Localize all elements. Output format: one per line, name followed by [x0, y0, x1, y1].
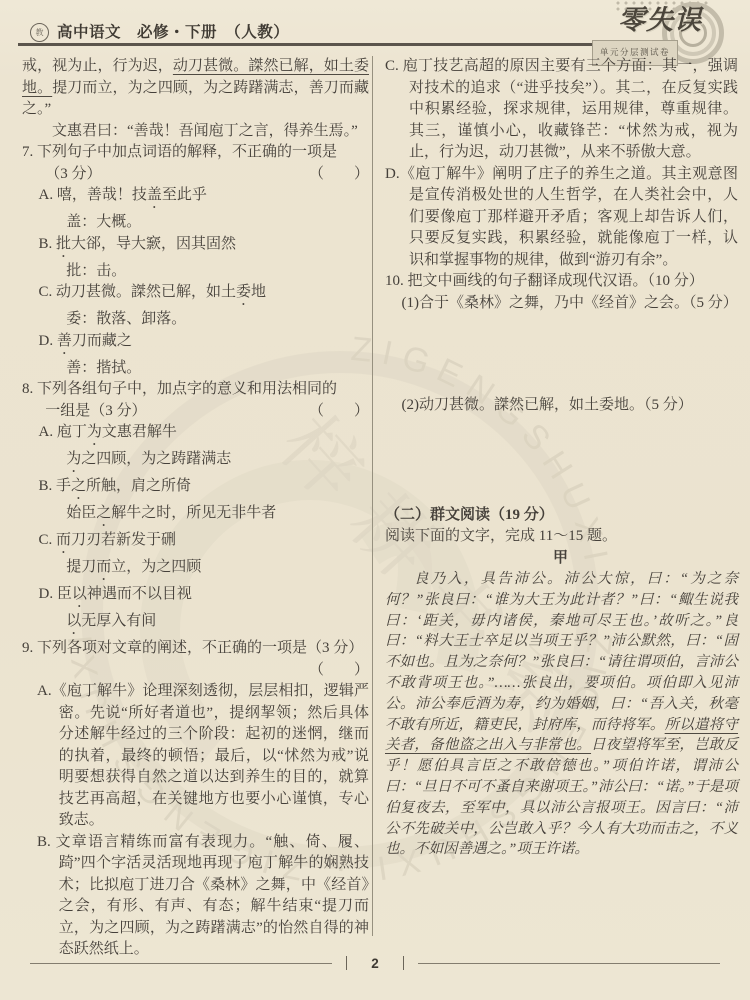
- option-line: D. 臣以神遇而不以目视: [22, 584, 369, 611]
- answer-bracket: （ ）: [309, 660, 369, 682]
- option-8b: B. 手之所触，肩之所倚 始臣之解牛之时，所见无非牛者: [22, 476, 369, 530]
- option-9a: A.《庖丁解牛》论理深刻透彻，层层相扣，逻辑严密。先说“所好者道也”，提纲挈领；…: [22, 681, 369, 832]
- option-7d: D. 善刀而藏之 善：揩拭。: [22, 331, 369, 380]
- option-text: 动刀甚微。謋然已解，如土: [56, 284, 236, 300]
- option-text: 始臣: [66, 505, 96, 521]
- option-label: C.: [39, 284, 53, 300]
- option-label: B.: [39, 236, 53, 252]
- passage-text: 良乃入，具告沛公。沛公大惊，曰：“为之奈何？”张良曰：“谁为大王为此计者？”曰：…: [385, 571, 738, 733]
- section-2-qunwen-yuedu: （二）群文阅读（19 分） 阅读下面的文字，完成 11～15 题。 甲 良乃入，…: [385, 505, 738, 861]
- section-2-heading: （二）群文阅读（19 分）: [385, 505, 738, 527]
- option-text: 地: [251, 284, 266, 300]
- page-number: 2: [361, 953, 389, 975]
- option-7a: A. 嘻，善哉！技盖至此乎 盖：大概。: [22, 185, 369, 234]
- book-title: 高中语文 必修・下册 （人教）: [57, 22, 289, 44]
- question-number: 8.: [22, 381, 33, 397]
- answer-space: [385, 417, 738, 505]
- answer-space: [385, 314, 738, 395]
- option-line: D. 善刀而藏之: [22, 331, 369, 358]
- question-10-stem: 10. 把文中画线的句子翻译成现代汉语。（10 分）: [385, 271, 738, 293]
- question-stem-text: 下列各组句子中，加点字的意义和用法相同的: [37, 381, 337, 397]
- passage-jia-label: 甲: [385, 548, 738, 570]
- dotted-char: 以: [72, 586, 87, 602]
- option-line: B. 手之所触，肩之所倚: [22, 476, 369, 503]
- dotted-char: 为: [87, 424, 102, 440]
- question-stem-text: 下列句子中加点词语的解释，不正确的一项是: [37, 144, 337, 160]
- option-text: 《庖丁解牛》论理深刻透彻，层层相扣，逻辑严密。先说“所好者道也”，提纲挈领；然后…: [52, 683, 369, 828]
- option-label: C.: [385, 58, 399, 74]
- option-line: C. 动刀甚微。謋然已解，如土委地: [22, 282, 369, 309]
- footer-rule-left: [30, 963, 332, 964]
- option-label: B.: [37, 834, 51, 850]
- passage-jia-text: 良乃入，具告沛公。沛公大惊，曰：“为之奈何？”张良曰：“谁为大王为此计者？”曰：…: [385, 569, 738, 860]
- option-9b: B. 文章语言精练而富有表现力。“触、倚、履、踦”四个字活灵活现地再现了庖丁解牛…: [22, 832, 369, 961]
- option-text: 神遇而不以目视: [87, 586, 192, 602]
- option-line: 提刀而立，为之四顾: [22, 557, 369, 584]
- dotted-char: 以: [66, 613, 81, 629]
- option-7c: C. 动刀甚微。謋然已解，如土委地 委：散落、卸落。: [22, 282, 369, 331]
- question-9-stem: 9. 下列各项对文章的阐述，不正确的一项是（3 分）: [22, 638, 369, 660]
- option-8d: D. 臣以神遇而不以目视 以无厚入有间: [22, 584, 369, 638]
- question-number: 10.: [385, 273, 404, 289]
- option-text: 之四顾，为之踌躇满志: [81, 451, 231, 467]
- footer-tick: [346, 956, 348, 970]
- option-9d: D.《庖丁解牛》阐明了庄子的养生之道。其主观意图是宣传消极处世的人生哲学，在人类…: [385, 164, 738, 272]
- option-label: A.: [39, 187, 54, 203]
- option-8c: C. 而刀刃若新发于硎 提刀而立，为之四顾: [22, 530, 369, 584]
- question-stem-text: 把文中画线的句子翻译成现代汉语。（10 分）: [408, 273, 704, 289]
- dotted-char: 善: [57, 333, 72, 349]
- question-9: 9. 下列各项对文章的阐述，不正确的一项是（3 分） （ ） A.《庖丁解牛》论…: [22, 638, 369, 961]
- option-text: 臣: [57, 586, 72, 602]
- left-column: 戒，视为止，行为迟，动刀甚微。謋然已解，如土委地。提刀而立，为之四顾，为之踌躇满…: [22, 56, 369, 961]
- option-text: 所触，肩之所倚: [86, 478, 191, 494]
- question-number: 7.: [22, 144, 33, 160]
- option-line: 以无厚入有间: [22, 611, 369, 638]
- option-text: 庖丁技艺高超的原因主要有三个方面：其一，强调对技术的追求（“进乎技矣”）。其二，…: [403, 58, 738, 160]
- page-footer: 2: [30, 953, 720, 975]
- column-divider: [372, 56, 373, 936]
- passage-continuation-line: 戒，视为止，行为迟，动刀甚微。謋然已解，如土委地。提刀而立，为之四顾，为之踌躇满…: [22, 56, 369, 121]
- footer-rule-right: [418, 963, 720, 964]
- option-text: 至此乎: [162, 187, 207, 203]
- passage-text: 日夜望将军至，岂敢反乎！愿伯具言臣之不敢倍德也。”项伯许诺，谓沛公曰：“旦日不可…: [385, 737, 738, 857]
- question-10-part1: (1)合于《桑林》之舞，乃中《经首》之会。（5 分）: [385, 293, 738, 315]
- passage-wenhuijun-line: 文惠君曰：“善哉！吾闻庖丁之言，得养生焉。”: [22, 121, 369, 143]
- dotted-char: 为: [66, 451, 81, 467]
- badge-title: 零失误: [618, 10, 702, 32]
- option-label: B.: [39, 478, 53, 494]
- dotted-char: 之: [96, 505, 111, 521]
- footer-tick: [403, 956, 405, 970]
- section-2-instruction: 阅读下面的文字，完成 11～15 题。: [385, 526, 738, 548]
- answer-bracket: （ ）: [309, 164, 369, 186]
- question-7: 7. 下列句子中加点词语的解释，不正确的一项是 （3 分） （ ） A. 嘻，善…: [22, 142, 369, 379]
- option-text: 无厚入有间: [81, 613, 156, 629]
- option-line: 始臣之解牛之时，所见无非牛者: [22, 503, 369, 530]
- option-line: A. 庖丁为文惠君解牛: [22, 422, 369, 449]
- option-text: 文章语言精练而富有表现力。“触、倚、履、踦”四个字活灵活现地再现了庖丁解牛的娴熟…: [56, 834, 369, 958]
- passage-text: 戒，视为止，行为迟，: [22, 58, 173, 74]
- option-text: 提刀: [66, 559, 96, 575]
- option-label: A.: [37, 683, 52, 699]
- option-text: 立，为之四顾: [111, 559, 201, 575]
- question-8-stem2: 一组是（3 分）: [22, 401, 147, 423]
- series-logo-icon: 教: [30, 23, 49, 42]
- option-text: 大郤，导大窾，因其固然: [71, 236, 236, 252]
- option-label: D.: [385, 166, 400, 182]
- question-8: 8. 下列各组句子中，加点字的意义和用法相同的 一组是（3 分） （ ） A. …: [22, 379, 369, 638]
- right-column: C. 庖丁技艺高超的原因主要有三个方面：其一，强调对技术的追求（“进乎技矣”）。…: [385, 56, 738, 860]
- option-label: A.: [39, 424, 54, 440]
- option-text: 文惠君解牛: [102, 424, 177, 440]
- option-line: B. 批大郤，导大窾，因其固然: [22, 234, 369, 261]
- option-gloss: 盖：大概。: [22, 212, 369, 234]
- option-line: C. 而刀刃若新发于硎: [22, 530, 369, 557]
- dotted-char: 委: [236, 284, 251, 300]
- option-text: 《庖丁解牛》阐明了庄子的养生之道。其主观意图是宣传消极处世的人生哲学，在人类社会…: [400, 166, 738, 268]
- option-text: 解牛之时，所见无非牛者: [111, 505, 276, 521]
- option-gloss: 批：击。: [22, 261, 369, 283]
- option-7b: B. 批大郤，导大窾，因其固然 批：击。: [22, 234, 369, 283]
- question-8-stem: 8. 下列各组句子中，加点字的意义和用法相同的: [22, 379, 369, 401]
- question-number: 9.: [22, 640, 33, 656]
- option-text: 手: [56, 478, 71, 494]
- option-text: 嘻，善哉！技: [57, 187, 147, 203]
- question-stem-text: 下列各项对文章的阐述，不正确的一项是（3 分）: [37, 640, 363, 656]
- option-label: C.: [39, 532, 53, 548]
- dotted-char: 之: [71, 478, 86, 494]
- question-10-part2: (2)动刀甚微。謋然已解，如土委地。（5 分）: [385, 395, 738, 417]
- option-label: D.: [39, 333, 54, 349]
- dotted-char: 而: [56, 532, 71, 548]
- option-9c: C. 庖丁技艺高超的原因主要有三个方面：其一，强调对技术的追求（“进乎技矣”）。…: [385, 56, 738, 164]
- option-text: 刀而藏之: [72, 333, 132, 349]
- question-10: 10. 把文中画线的句子翻译成现代汉语。（10 分） (1)合于《桑林》之舞，乃…: [385, 271, 738, 505]
- zero-mistake-badge: 零失误 单元分层测试卷: [570, 0, 730, 56]
- dotted-char: 而: [96, 559, 111, 575]
- dotted-char: 批: [56, 236, 71, 252]
- option-8a: A. 庖丁为文惠君解牛 为之四顾，为之踌躇满志: [22, 422, 369, 476]
- option-line: 为之四顾，为之踌躇满志: [22, 449, 369, 476]
- option-gloss: 善：揩拭。: [22, 358, 369, 380]
- option-text: 庖丁: [57, 424, 87, 440]
- question-7-score: （3 分）: [22, 164, 102, 186]
- answer-bracket: （ ）: [309, 401, 369, 423]
- passage-text: 提刀而立，为之四顾，为之踌躇满志，善刀而藏之。”: [22, 80, 369, 118]
- option-line: A. 嘻，善哉！技盖至此乎: [22, 185, 369, 212]
- option-gloss: 委：散落、卸落。: [22, 309, 369, 331]
- header-rule: [18, 43, 618, 46]
- option-label: D.: [39, 586, 54, 602]
- dotted-char: 盖: [147, 187, 162, 203]
- question-7-stem: 7. 下列句子中加点词语的解释，不正确的一项是: [22, 142, 369, 164]
- option-text: 刀刃若新发于硎: [71, 532, 176, 548]
